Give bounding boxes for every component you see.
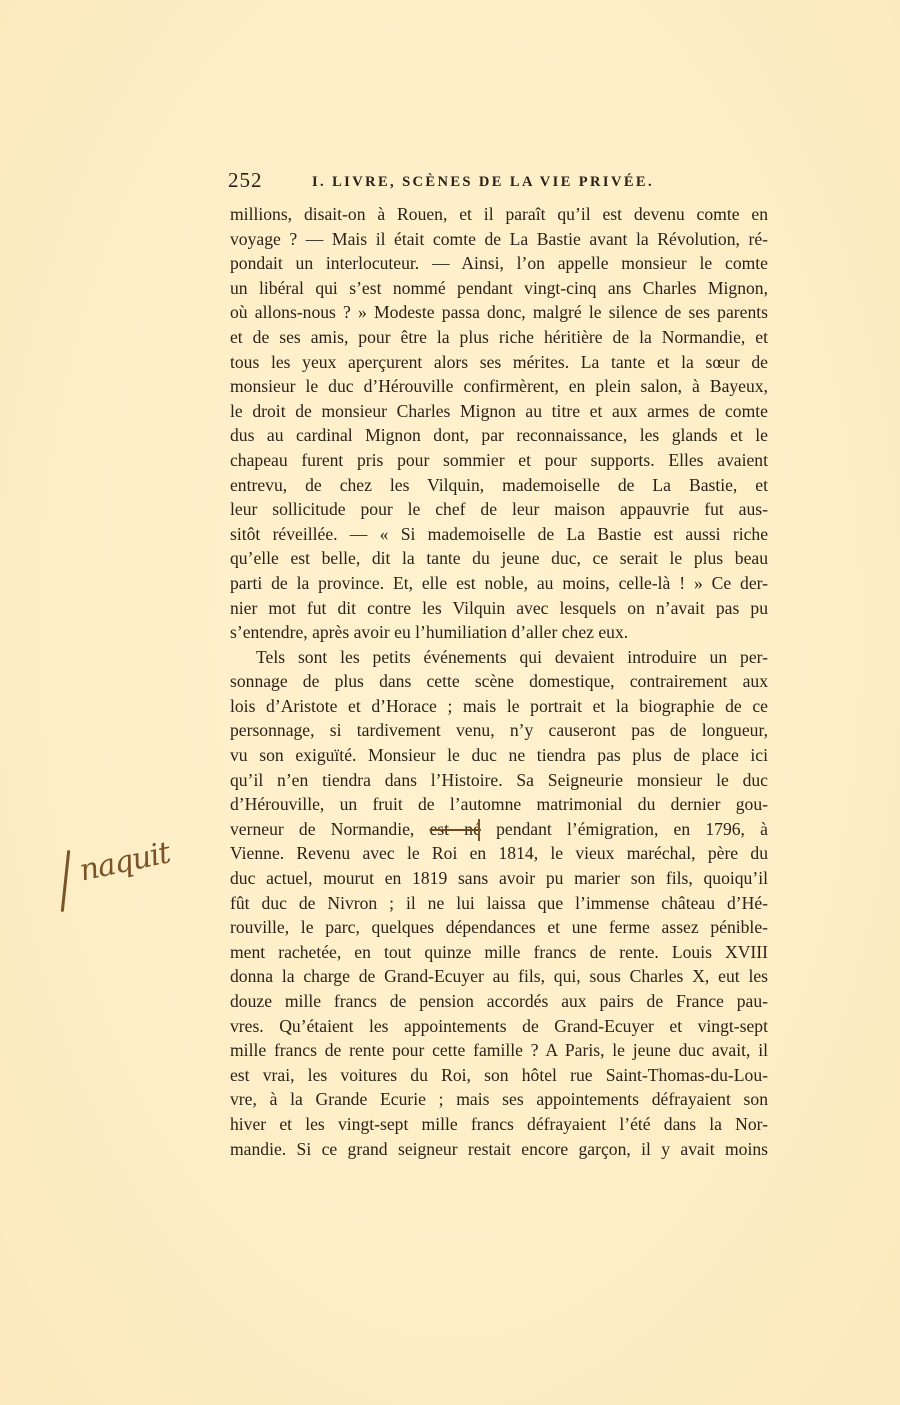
text-line: chapeau furent pris pour sommier et pour… [230, 448, 768, 473]
handwritten-word: naquit [76, 835, 173, 888]
text-line: est vrai, les voitures du Roi, son hôtel… [230, 1063, 768, 1088]
text-line: duc actuel, mourut en 1819 sans avoir pu… [230, 866, 768, 891]
text-segment: verneur de Normandie, [230, 819, 430, 839]
paragraph-start-line: Tels sont les petits événements qui deva… [230, 645, 768, 670]
handwritten-margin-annotation: naquit [58, 848, 178, 918]
text-line: monsieur le duc d’Hérouville confirmèren… [230, 374, 768, 399]
insertion-bar-mark [61, 850, 70, 912]
text-line: dus au cardinal Mignon dont, par reconna… [230, 423, 768, 448]
text-segment: pendant l’émigration, en 1796, à [481, 819, 768, 839]
text-line: d’Hérouville, un fruit de l’automne matr… [230, 792, 768, 817]
text-line: lois d’Aristote et d’Horace ; mais le po… [230, 694, 768, 719]
text-line: et de ses amis, pour être la plus riche … [230, 325, 768, 350]
text-line: nier mot fut dit contre les Vilquin avec… [230, 596, 768, 621]
text-line: entrevu, de chez les Vilquin, mademoisel… [230, 473, 768, 498]
book-page: 252 I. LIVRE, SCÈNES DE LA VIE PRIVÉE. m… [0, 0, 900, 1405]
text-line: le droit de monsieur Charles Mignon au t… [230, 399, 768, 424]
insertion-mark [478, 819, 480, 841]
text-line: voyage ? — Mais il était comte de La Bas… [230, 227, 768, 252]
text-line: fût duc de Nivron ; il ne lui laissa que… [230, 891, 768, 916]
text-line: un libéral qui s’est nommé pendant vingt… [230, 276, 768, 301]
running-header: 252 I. LIVRE, SCÈNES DE LA VIE PRIVÉE. [228, 168, 768, 196]
text-line: pondait un interlocuteur. — Ainsi, l’on … [230, 251, 768, 276]
text-line: qu’il n’en tiendra dans l’Histoire. Sa S… [230, 768, 768, 793]
text-line: sitôt réveillée. — « Si mademoiselle de … [230, 522, 768, 547]
text-line: parti de la province. Et, elle est noble… [230, 571, 768, 596]
text-line: leur sollicitude pour le chef de leur ma… [230, 497, 768, 522]
text-line: qu’elle est belle, dit la tante du jeune… [230, 546, 768, 571]
text-line: personnage, si tardivement venu, n’y cau… [230, 718, 768, 743]
text-line: mandie. Si ce grand seigneur restait enc… [230, 1137, 768, 1162]
text-line: où allons-nous ? » Modeste passa donc, m… [230, 300, 768, 325]
text-line: Vienne. Revenu avec le Roi en 1814, le v… [230, 841, 768, 866]
running-title: I. LIVRE, SCÈNES DE LA VIE PRIVÉE. [312, 174, 654, 191]
corrected-line: verneur de Normandie, est né pendant l’é… [230, 817, 768, 842]
text-line: douze mille francs de pension accordés a… [230, 989, 768, 1014]
text-line: sonnage de plus dans cette scène domesti… [230, 669, 768, 694]
text-line: hiver et les vingt-sept mille francs déf… [230, 1112, 768, 1137]
text-line: ment rachetée, en tout quinze mille fran… [230, 940, 768, 965]
text-line: donna la charge de Grand-Ecuyer au fils,… [230, 964, 768, 989]
text-line: millions, disait-on à Rouen, et il paraî… [230, 202, 768, 227]
text-line: tous les yeux aperçurent alors ses mérit… [230, 350, 768, 375]
text-line: rouville, le parc, quelques dépendances … [230, 915, 768, 940]
text-line: mille francs de rente pour cette famille… [230, 1038, 768, 1063]
page-number: 252 [228, 168, 263, 193]
text-line: vu son exiguïté. Monsieur le duc ne tien… [230, 743, 768, 768]
text-line: vre, à la Grande Ecurie ; mais ses appoi… [230, 1087, 768, 1112]
body-text: millions, disait-on à Rouen, et il paraî… [230, 202, 768, 1161]
struck-through-text: est né [430, 819, 481, 839]
paragraph-end-line: s’entendre, après avoir eu l’humiliation… [230, 620, 768, 645]
text-line: vres. Qu’étaient les appointements de Gr… [230, 1014, 768, 1039]
